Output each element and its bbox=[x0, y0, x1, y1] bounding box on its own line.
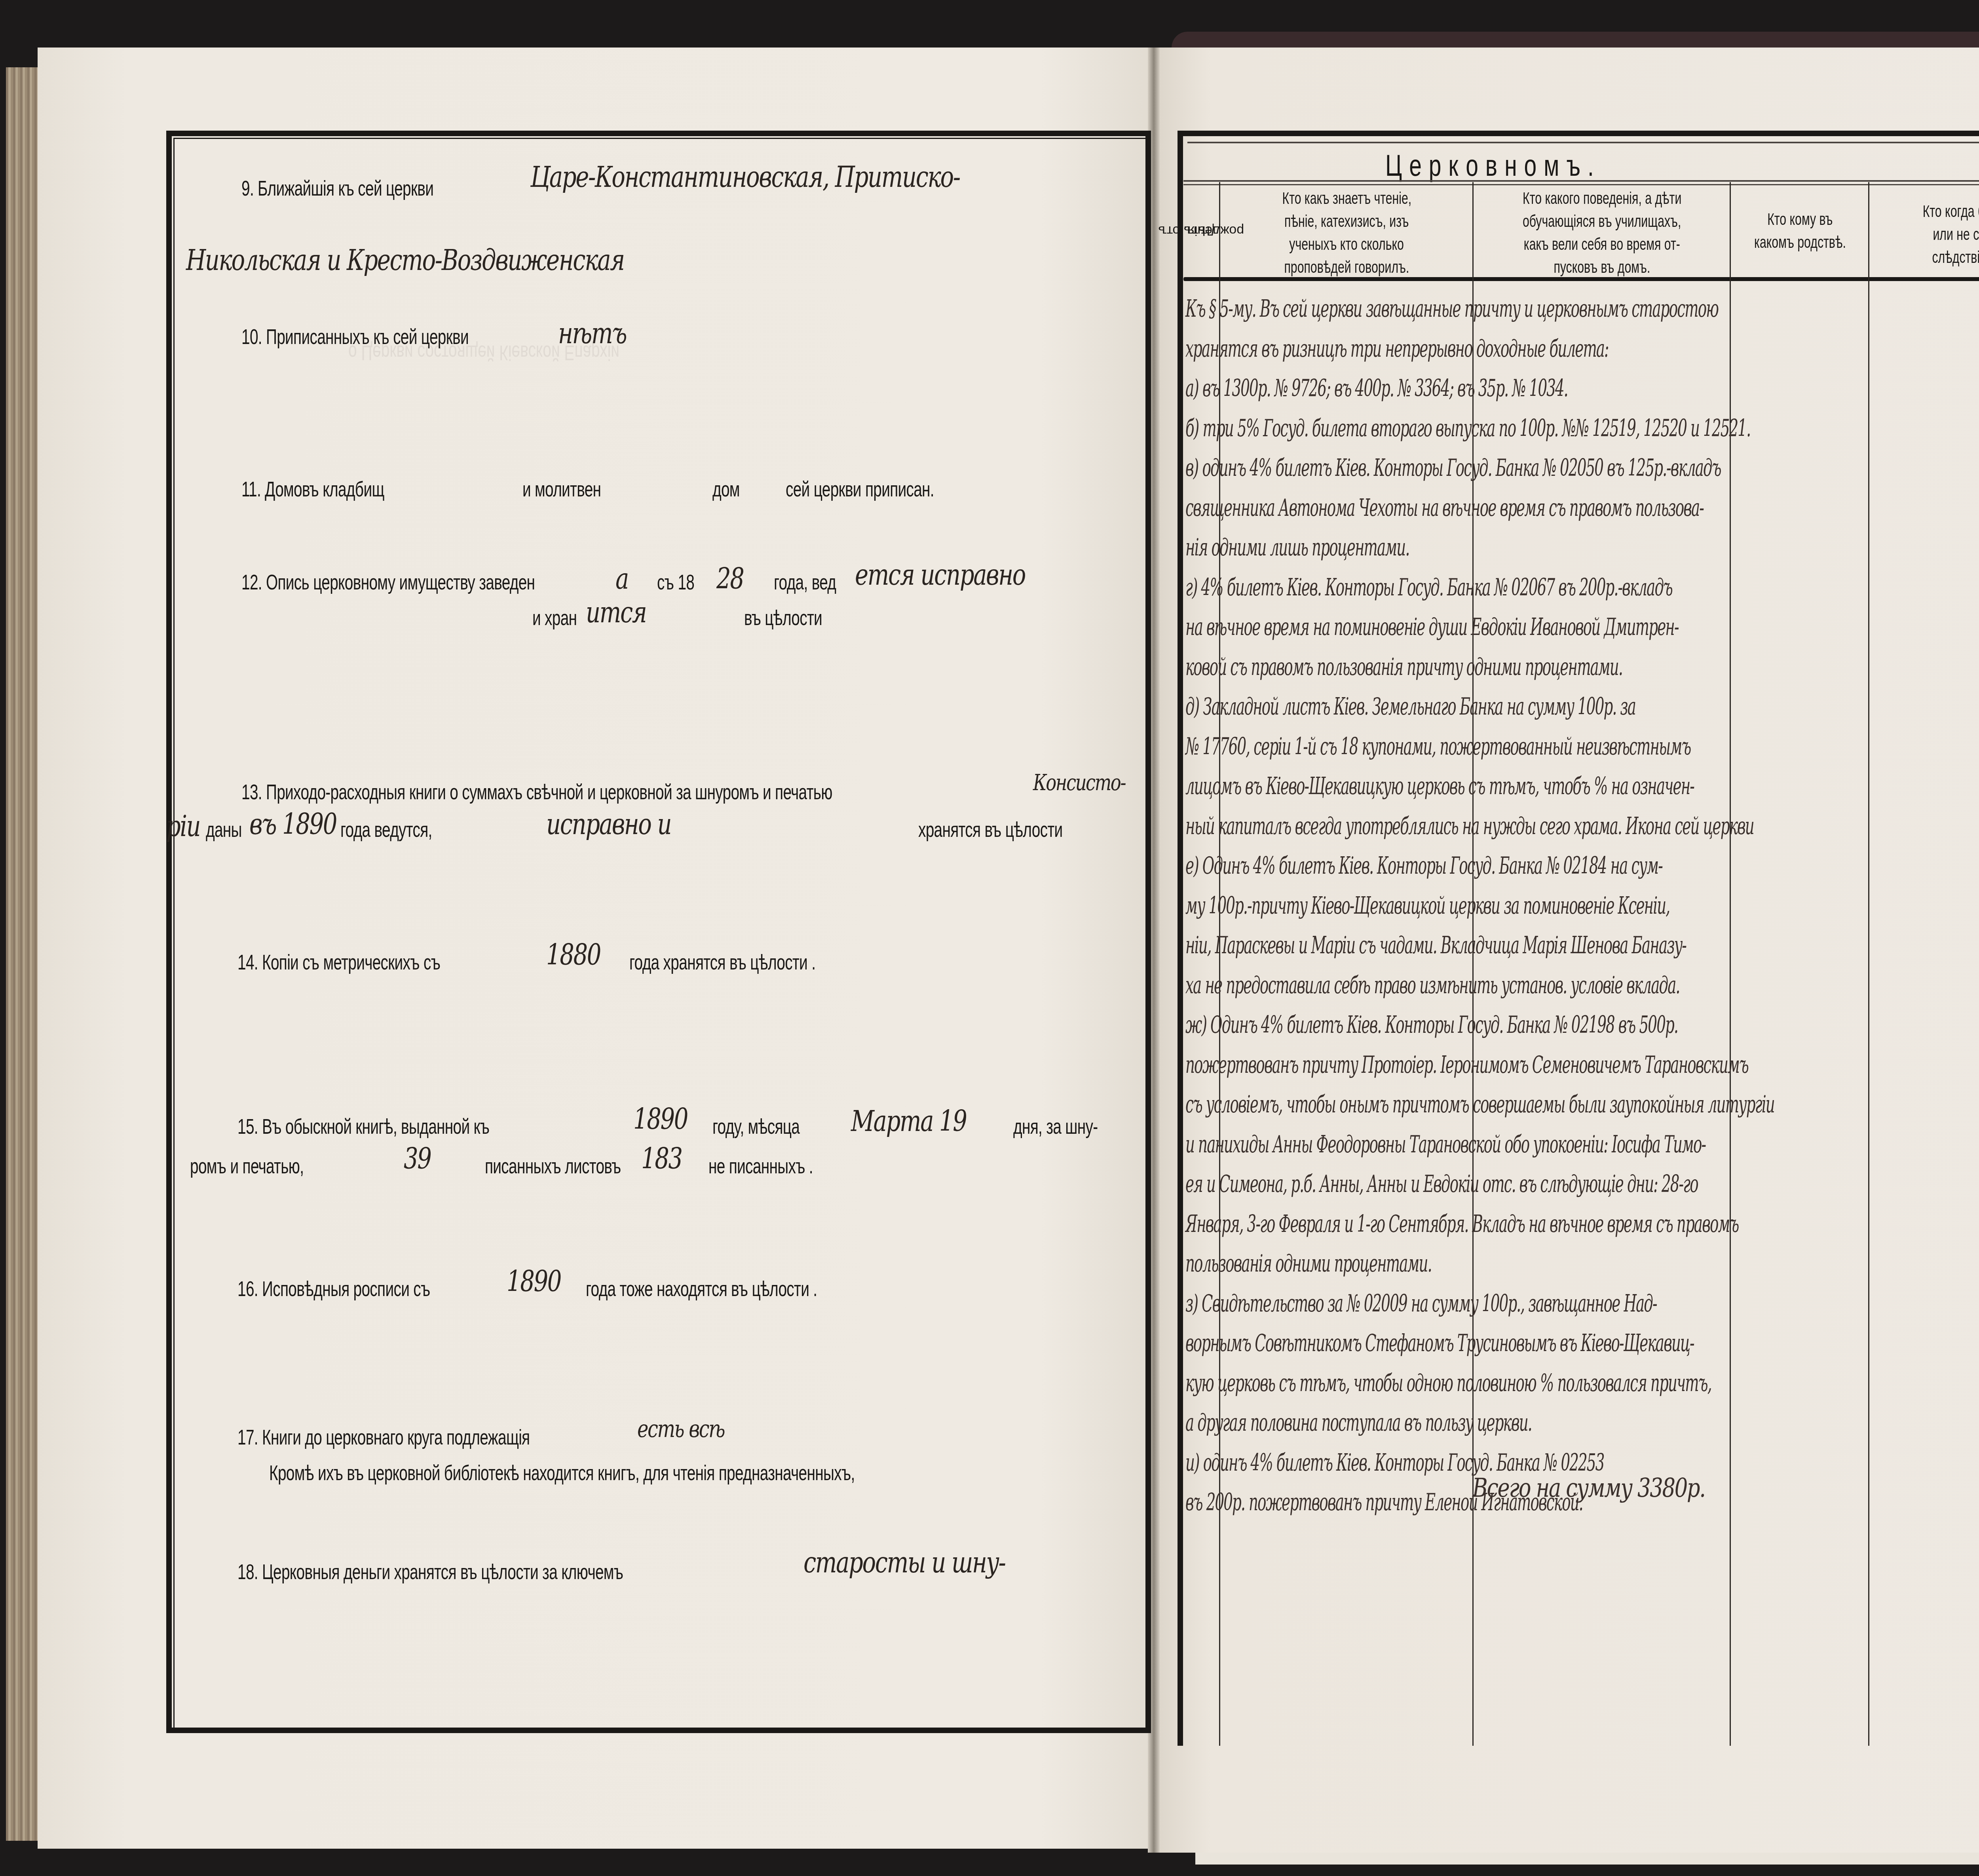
handwritten-line: кую церковь съ тѣмъ, чтобы одною половин… bbox=[1185, 1369, 1711, 1397]
handwritten-line: нiи, Параскевы и Марiи съ чадами. Вкладч… bbox=[1185, 931, 1686, 959]
item-15-hand-year: 1890 bbox=[633, 1102, 688, 1136]
item-14-hand: 1880 bbox=[546, 938, 600, 971]
column-header-relation: Кто кому въ какомъ родствѣ. bbox=[1732, 208, 1868, 254]
item-15-line2-a: ромъ и печатью, bbox=[190, 1154, 304, 1178]
show-through-text: о Церкви состоящей Кiевской Епархiи bbox=[348, 340, 619, 365]
handwritten-line: ковой съ правомъ пользованiя причту одни… bbox=[1185, 653, 1622, 681]
handwritten-line: ворнымъ Совѣтникомъ Стефаномъ Трусиновым… bbox=[1185, 1329, 1694, 1357]
handwritten-line: на вѣчное время на поминовенiе души Евдо… bbox=[1185, 613, 1679, 641]
item-18-label: 18. Церковныя деньги хранятся въ цѣлости… bbox=[237, 1560, 623, 1584]
handwritten-line: з) Свидѣтельство за № 02009 на сумму 100… bbox=[1185, 1290, 1657, 1317]
column-divider bbox=[1868, 182, 1869, 1746]
left-page-frame bbox=[166, 131, 1151, 1733]
column-header-age: Лѣтъ отърожденiя. bbox=[1183, 186, 1217, 275]
handwritten-line: хранятся въ ризницѣ три непрерывно доход… bbox=[1185, 335, 1609, 363]
handwritten-line: ный капиталъ всегда употреблялись на нуж… bbox=[1185, 812, 1754, 840]
item-12-line2-hand: ится bbox=[586, 596, 646, 629]
handwritten-line: а) въ 1300р. № 9726; въ 400р. № 3364; въ… bbox=[1185, 374, 1568, 402]
handwritten-line: № 17760, серiи 1-й съ 18 купонами, пожер… bbox=[1185, 733, 1690, 760]
section-title: Церковномъ. bbox=[1385, 148, 1601, 183]
handwritten-line: и) одинъ 4% билетъ Кiев. Конторы Госуд. … bbox=[1185, 1449, 1604, 1477]
handwritten-line: ея и Симеона, р.б. Анны, Анны и Евдокiи … bbox=[1185, 1170, 1698, 1198]
item-9-hand-cont: Никольская и Кресто-Воздвиженская bbox=[186, 243, 624, 277]
item-18-hand-a: старосты и шну- bbox=[803, 1546, 1005, 1579]
item-16-printed-b: года тоже находятся въ цѣлости . bbox=[586, 1277, 817, 1301]
item-15-printed-b: году, мѣсяца bbox=[712, 1114, 800, 1139]
item-9-hand: Царе-Константиновская, Притиско- bbox=[530, 160, 960, 194]
item-17-line2: Кромѣ ихъ въ церковной библiотекѣ находи… bbox=[269, 1461, 855, 1485]
item-14-printed-b: года хранятся въ цѣлости . bbox=[629, 950, 815, 975]
handwritten-line: б) три 5% Госуд. билета втораго выпуска … bbox=[1185, 414, 1750, 442]
item-13-label: 13. Приходо-расходныя книги о суммахъ св… bbox=[241, 780, 832, 804]
item-17-label: 17. Книги до церковнаго круга подлежащiя bbox=[237, 1425, 530, 1450]
column-header-behavior: Кто какого поведенiя, а дѣти обучающiяся… bbox=[1474, 187, 1730, 279]
item-12-line2-b: въ цѣлости bbox=[744, 606, 822, 630]
item-15-line2-c: не писанныхъ . bbox=[708, 1154, 813, 1178]
table-top-rule bbox=[1178, 131, 1979, 136]
handwritten-line: ха не предоставила себѣ право измѣнить у… bbox=[1185, 971, 1680, 999]
item-15-hand-month: Марта 19 bbox=[851, 1104, 967, 1138]
handwritten-line: а другая половина поступала въ пользу це… bbox=[1185, 1409, 1532, 1437]
item-9-label: 9. Ближайшія къ сей церкви bbox=[241, 176, 433, 201]
item-12-hand-a: а bbox=[615, 562, 628, 595]
handwritten-line: му 100р.-причту Кiево-Щекавицкой церкви … bbox=[1185, 892, 1669, 920]
header-rule-1 bbox=[1183, 180, 1979, 182]
handwritten-line: ж) Одинъ 4% билетъ Кiев. Конторы Госуд. … bbox=[1185, 1011, 1678, 1039]
item-12-line2-a: и хран bbox=[532, 606, 577, 630]
handwritten-line: лицомъ въ Кiево-Щекавицкую церковь съ тѣ… bbox=[1185, 772, 1694, 800]
item-13-printed-c: года ведутся, bbox=[340, 817, 432, 842]
total-line: Всего на сумму 3380р. bbox=[1472, 1473, 1705, 1503]
item-12-printed-b: съ 18 bbox=[657, 570, 694, 595]
item-15-label: 15. Въ обыскной книгѣ, выданной къ bbox=[237, 1114, 489, 1139]
handwritten-line: г) 4% билетъ Кiев. Конторы Госуд. Банка … bbox=[1185, 574, 1672, 601]
handwritten-line: пожертвованъ причту Протоiер. Iеронимомъ… bbox=[1185, 1051, 1748, 1079]
item-16-label: 16. Исповѣдныя росписи съ bbox=[237, 1277, 430, 1301]
handwritten-line: съ условiемъ, чтобы онымъ причтомъ совер… bbox=[1185, 1091, 1774, 1118]
item-13-hand-a: Консисто- bbox=[1033, 770, 1125, 796]
item-12-label: 12. Опись церковному имуществу заведен bbox=[241, 570, 535, 595]
item-15-printed-c: дня, за шну- bbox=[1013, 1114, 1098, 1139]
handwritten-line: нiя одними лишь процентами. bbox=[1185, 534, 1409, 561]
item-11-label: 11. Домовъ кладбищ bbox=[241, 477, 384, 502]
handwritten-line: священника Автонома Чехоты на вѣчное вре… bbox=[1185, 494, 1704, 522]
item-13-hand-d: исправно и bbox=[546, 808, 671, 841]
item-17-hand: есть всѣ bbox=[637, 1415, 724, 1443]
item-13-printed-b: даны bbox=[206, 817, 242, 842]
handwritten-line: д) Закладной листъ Кiев. Земельнаго Банк… bbox=[1185, 693, 1635, 720]
item-11-part2: и молитвен bbox=[522, 477, 601, 502]
handwritten-line: Къ § 5-му. Въ сей церкви завѣщанные прич… bbox=[1185, 295, 1718, 323]
column-header-reading: Кто какъ знаетъ чтенiе, пѣнiе, катехизис… bbox=[1221, 187, 1472, 279]
item-16-hand: 1890 bbox=[507, 1265, 561, 1298]
item-15-hand-blank: 183 bbox=[641, 1142, 682, 1175]
item-13-hand-b: рiи bbox=[166, 810, 200, 843]
column-header-penalties: Кто когда былъ штрафованъ или не состоял… bbox=[1870, 200, 1979, 269]
item-12-printed-c: года, вед bbox=[774, 570, 836, 595]
item-13-printed-d: хранятся въ цѣлости bbox=[918, 817, 1062, 842]
item-12-hand-b: 28 bbox=[716, 562, 744, 595]
handwritten-line: пользованiя одними процентами. bbox=[1185, 1250, 1432, 1277]
item-12-hand-c: ется исправно bbox=[855, 558, 1025, 591]
handwritten-line: Января, 3-го Февраля и 1-го Сентября. Вк… bbox=[1185, 1210, 1738, 1238]
item-11-part4: сей церкви приписан. bbox=[786, 477, 934, 502]
header-rule-1b bbox=[1183, 184, 1979, 185]
handwritten-line: в) одинъ 4% билетъ Кiев. Конторы Госуд. … bbox=[1185, 454, 1721, 482]
handwritten-line: е) Одинъ 4% билетъ Кiев. Конторы Госуд. … bbox=[1185, 852, 1662, 880]
table-top-rule-thin bbox=[1187, 142, 1979, 143]
item-14-label: 14. Копiи съ метрическихъ съ bbox=[237, 950, 440, 975]
item-13-hand-c: въ 1890 bbox=[249, 808, 336, 841]
item-11-part3: дом bbox=[712, 477, 740, 502]
page-edges-left bbox=[6, 67, 40, 1841]
item-15-hand-written: 39 bbox=[404, 1142, 431, 1175]
handwritten-line: и панихиды Анны Феодоровны Тарановской о… bbox=[1185, 1131, 1706, 1158]
item-15-line2-b: писанныхъ листовъ bbox=[485, 1154, 621, 1178]
